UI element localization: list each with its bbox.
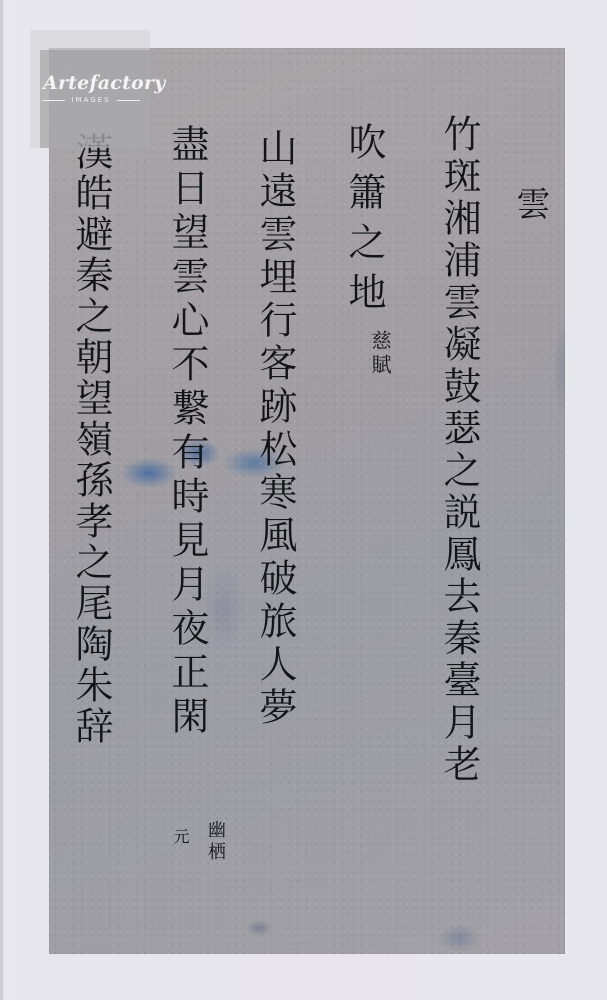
poem-column-2: 吹簫之地 — [345, 122, 383, 322]
poem-column-5: 漢皓避秦之朝望嶺孫孝之尾陶朱辞 — [72, 132, 110, 747]
poem-title: 雲 — [513, 186, 547, 228]
watermark-subtitle: IMAGES — [71, 96, 110, 104]
calligraphy-paper — [49, 48, 565, 954]
poem-column-4-attribution: 幽栖 — [206, 820, 224, 864]
poem-column-3: 山遠雲埋行客跡松寒風破旅人夢 — [256, 128, 294, 730]
divider — [117, 100, 140, 101]
watermark-subtitle-row: IMAGES — [42, 96, 140, 104]
poem-column-4: 盡日望雲心不繋有時見月夜正閑 — [168, 124, 206, 740]
poem-column-2-attribution: 慈賦 — [370, 330, 390, 378]
mounting-board: 雲 竹斑湘浦雲凝鼓瑟之説鳳去秦臺月老 吹簫之地 慈賦 山遠雲埋行客跡松寒風破旅人… — [0, 0, 607, 1000]
poem-column-1: 竹斑湘浦雲凝鼓瑟之説鳳去秦臺月老 — [440, 114, 478, 786]
paper-texture — [49, 48, 565, 954]
mount-edge — [0, 0, 3, 1000]
watermark-brand: Artefactory — [43, 72, 165, 94]
divider — [42, 100, 65, 101]
poem-column-4-attribution-mark: 元 — [172, 828, 188, 852]
